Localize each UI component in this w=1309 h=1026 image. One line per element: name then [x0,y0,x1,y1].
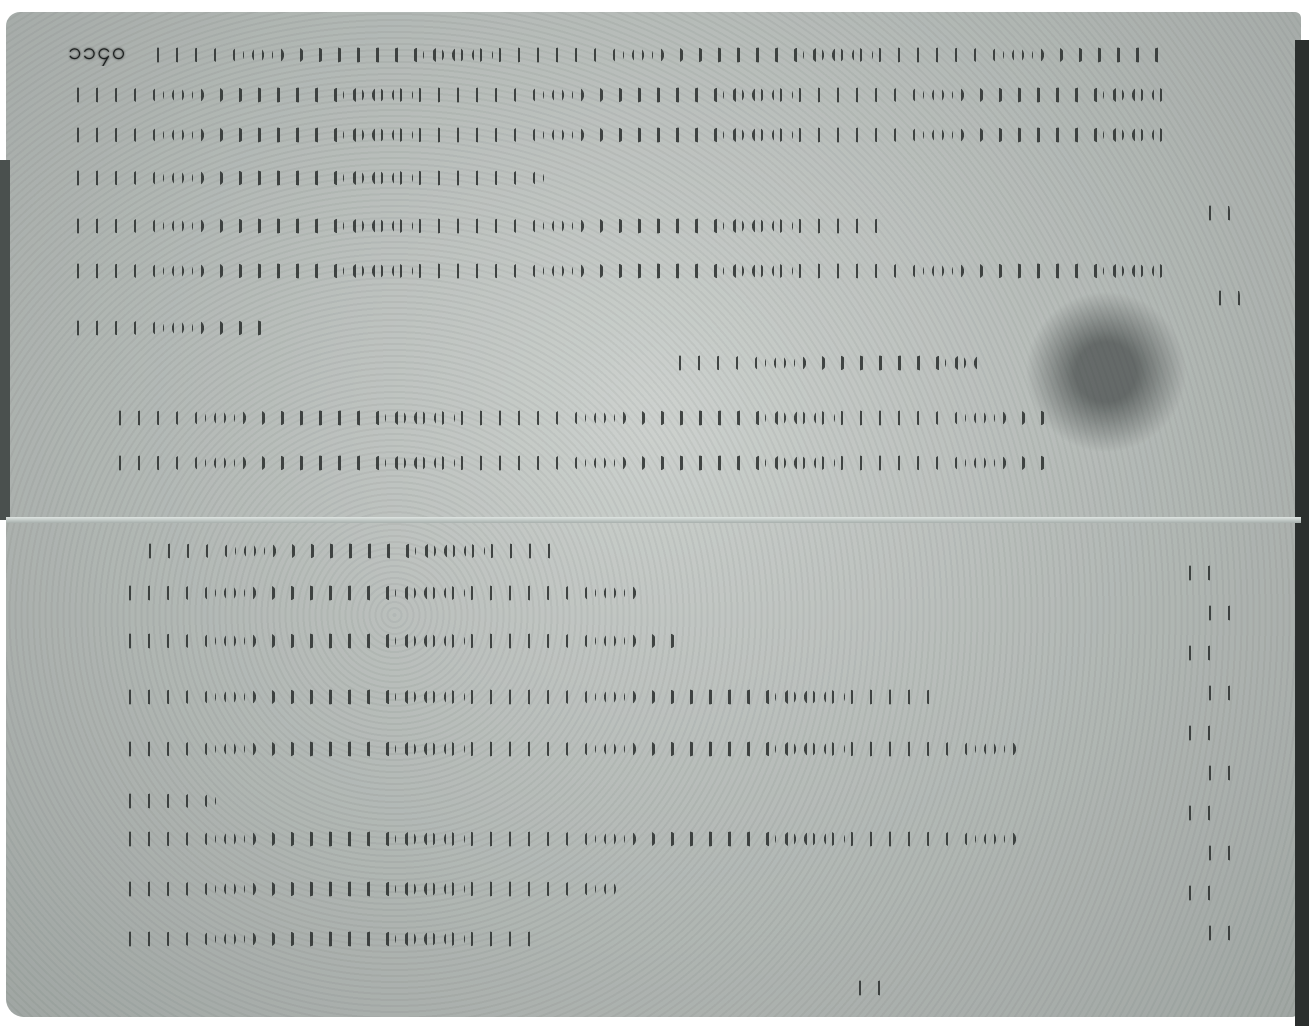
lower-handwritten-line [120,926,540,952]
margin-mark [1210,285,1240,325]
margin-mark [1200,200,1230,240]
upper-handwritten-line [110,450,1060,476]
upper-handwritten-line [68,315,268,341]
margin-numeral [1180,640,1220,666]
margin-numeral [1200,600,1240,626]
upper-handwritten-line [110,405,1060,431]
manuscript-page [6,12,1301,1017]
lower-handwritten-line [120,628,680,654]
upper-handwritten-line [148,42,1168,68]
upper-handwritten-line [670,350,980,376]
margin-numeral [1200,760,1240,786]
lower-handwritten-line [120,580,640,606]
margin-numeral [1180,880,1220,906]
lower-handwritten-line [120,736,1020,762]
lower-handwritten-line [120,788,220,814]
page-fold [6,517,1301,523]
photo-edge-right [1295,40,1309,1026]
upper-handwritten-line [68,165,548,191]
margin-numeral [1180,560,1220,586]
lower-handwritten-line [120,826,1020,852]
margin-numeral [1200,840,1240,866]
upper-handwritten-line [68,82,1168,108]
margin-numeral [1200,920,1240,946]
lower-handwritten-line [120,876,620,902]
opening-date-numeral: ၁၁၄၀ [68,36,126,66]
upper-handwritten-line [68,122,1168,148]
margin-numeral [1180,720,1220,746]
lower-handwritten-line [140,538,560,564]
margin-numeral [1200,680,1240,706]
margin-numeral [1180,800,1220,826]
photo-edge-left [0,160,10,520]
upper-handwritten-line [68,213,888,239]
lower-handwritten-line [850,975,890,1001]
lower-handwritten-line [120,684,940,710]
upper-handwritten-line [68,258,1168,284]
